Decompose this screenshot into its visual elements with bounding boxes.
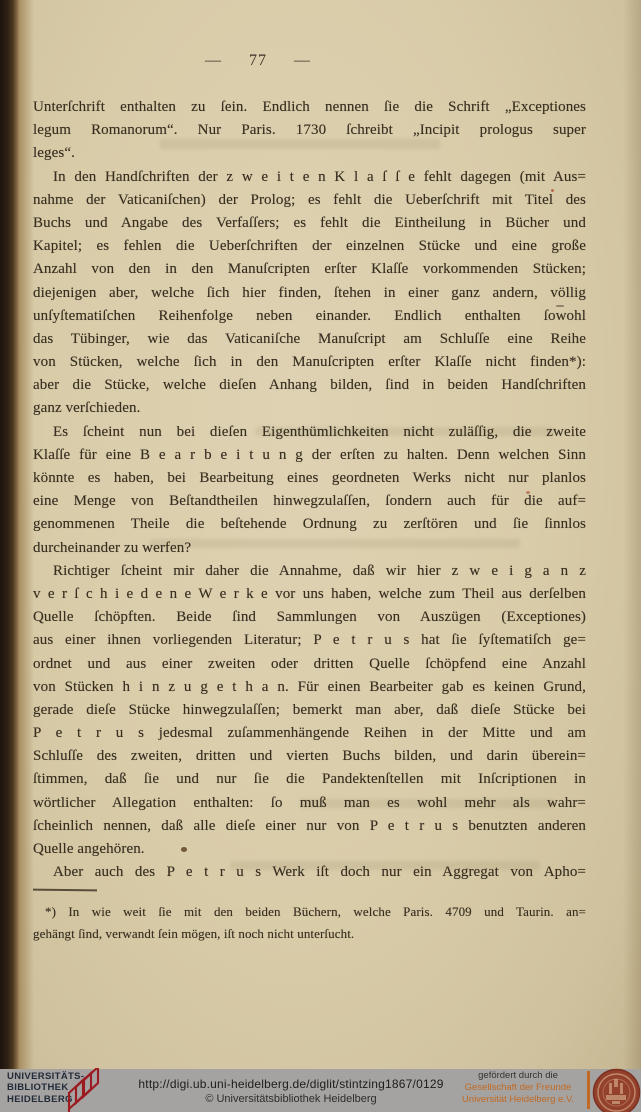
funding-line-1: gefördert durch die [452, 1070, 584, 1082]
body-text-line: P e t r u s jedesmal zuſammenhängende Re… [33, 722, 586, 745]
body-text-line: legum Romanorum“. Nur Paris. 1730 ſchrei… [33, 119, 586, 142]
body-text-line: Buchs und Angabe des Verfaſſers; es fehl… [33, 212, 586, 235]
page-edge-shadow [623, 0, 641, 1069]
body-text-line: könnte es haben, bei Bearbeitung eines g… [33, 467, 586, 490]
funding-line-3: Universität Heidelberg e.V. [452, 1094, 584, 1106]
ub-logo-icon [62, 1068, 106, 1112]
funding-note: gefördert durch die Gesellschaft der Fre… [452, 1070, 584, 1106]
body-text-line: von Stücken, welche ſich in den Manuſcri… [33, 351, 586, 374]
body-text-line: ganz verſchieden. [33, 397, 586, 420]
body-text-line: Unterſchrift enthalten zu ſein. Endlich … [33, 96, 586, 119]
body-text-line: unſyſtematiſchen Reihenfolge neben einan… [33, 305, 586, 328]
body-text-line: Richtiger ſcheint mir daher die Annahme,… [33, 560, 586, 583]
body-text-line: In den Handſchriften der z w e i t e n K… [33, 166, 586, 189]
body-text-line: Quelle ſchöpften. Beide ſind Sammlungen … [33, 606, 586, 629]
body-text-line: Anzahl von den in den Manuſcripten erſte… [33, 258, 586, 281]
body-text-line: Klaſſe für eine B e a r b e i t u n g de… [33, 444, 586, 467]
body-text-line: diejenigen aber, welche ſich hier finden… [33, 282, 586, 305]
footnote-rule [33, 889, 97, 891]
body-text-line: v e r ſ c h i e d e n e W e r k e vor un… [33, 583, 586, 606]
body-text-line: gerade dieſe Stücke hinwegzulaſſen; beme… [33, 699, 586, 722]
book-gutter-shadow [0, 0, 34, 1069]
body-text-line: ordnet und aus einer zweiten oder dritte… [33, 653, 586, 676]
body-text-line: das Tübinger, wie das Vaticaniſche Manuſ… [33, 328, 586, 351]
university-seal-icon [592, 1068, 641, 1112]
body-text-line: wörtlicher Allegation enthalten: ſo muß … [33, 792, 586, 815]
footnote: *) In wie weit ſie mit den beiden Bücher… [33, 901, 586, 945]
body-text-line: ſcheinlich nennen, daß alle dieſe einer … [33, 815, 586, 838]
body-text-line: Kapitel; es fehlen die Ueberſchriften de… [33, 235, 586, 258]
body-text-line: durcheinander zu werfen? [33, 537, 586, 560]
body-text-line: aus einer ihnen vorliegenden Literatur; … [33, 629, 586, 652]
body-text-line: Es ſcheint nun bei dieſen Eigenthümlichk… [33, 421, 586, 444]
page-url: http://digi.ub.uni-heidelberg.de/diglit/… [120, 1077, 462, 1091]
body-text-line: ſtimmen, daß ſie und nur ſie die Pandekt… [33, 768, 586, 791]
funding-line-2: Gesellschaft der Freunde [452, 1082, 584, 1094]
body-text-line: Schluſſe des zweiten, dritten und vierte… [33, 745, 586, 768]
page-number: — 77 — [33, 52, 483, 70]
body-text-line: eine Menge von Beſtandtheilen hinwegzula… [33, 490, 586, 513]
body-text-line: aber die Stücke, welche dieſen Anhang bi… [33, 374, 586, 397]
body-text-line: nahme der Vaticaniſchen) der Prolog; es … [33, 189, 586, 212]
body-text-line: leges“. [33, 142, 586, 165]
body-text-line: Aber auch des P e t r u s Werk iſt doch … [33, 861, 586, 884]
footnote-line: gehängt ſind, verwandt ſein mögen, iſt n… [33, 923, 586, 945]
footer-divider [587, 1071, 590, 1109]
footnote-line: *) In wie weit ſie mit den beiden Bücher… [33, 901, 586, 923]
page-scan: — 77 — Unterſchrift enthalten zu ſein. E… [0, 0, 641, 1112]
body-text: Unterſchrift enthalten zu ſein. Endlich … [33, 96, 586, 884]
body-text-line: Quelle angehören. [33, 838, 586, 861]
body-text-line: von Stücken h i n z u g e t h a n. Für e… [33, 676, 586, 699]
footer-bar: UNIVERSITÄTS-BIBLIOTHEKHEIDELBERG http:/… [0, 1069, 641, 1112]
copyright-text: © Universitätsbibliothek Heidelberg [120, 1093, 462, 1105]
body-text-line: genommenen Theile die beſtehende Ordnung… [33, 513, 586, 536]
